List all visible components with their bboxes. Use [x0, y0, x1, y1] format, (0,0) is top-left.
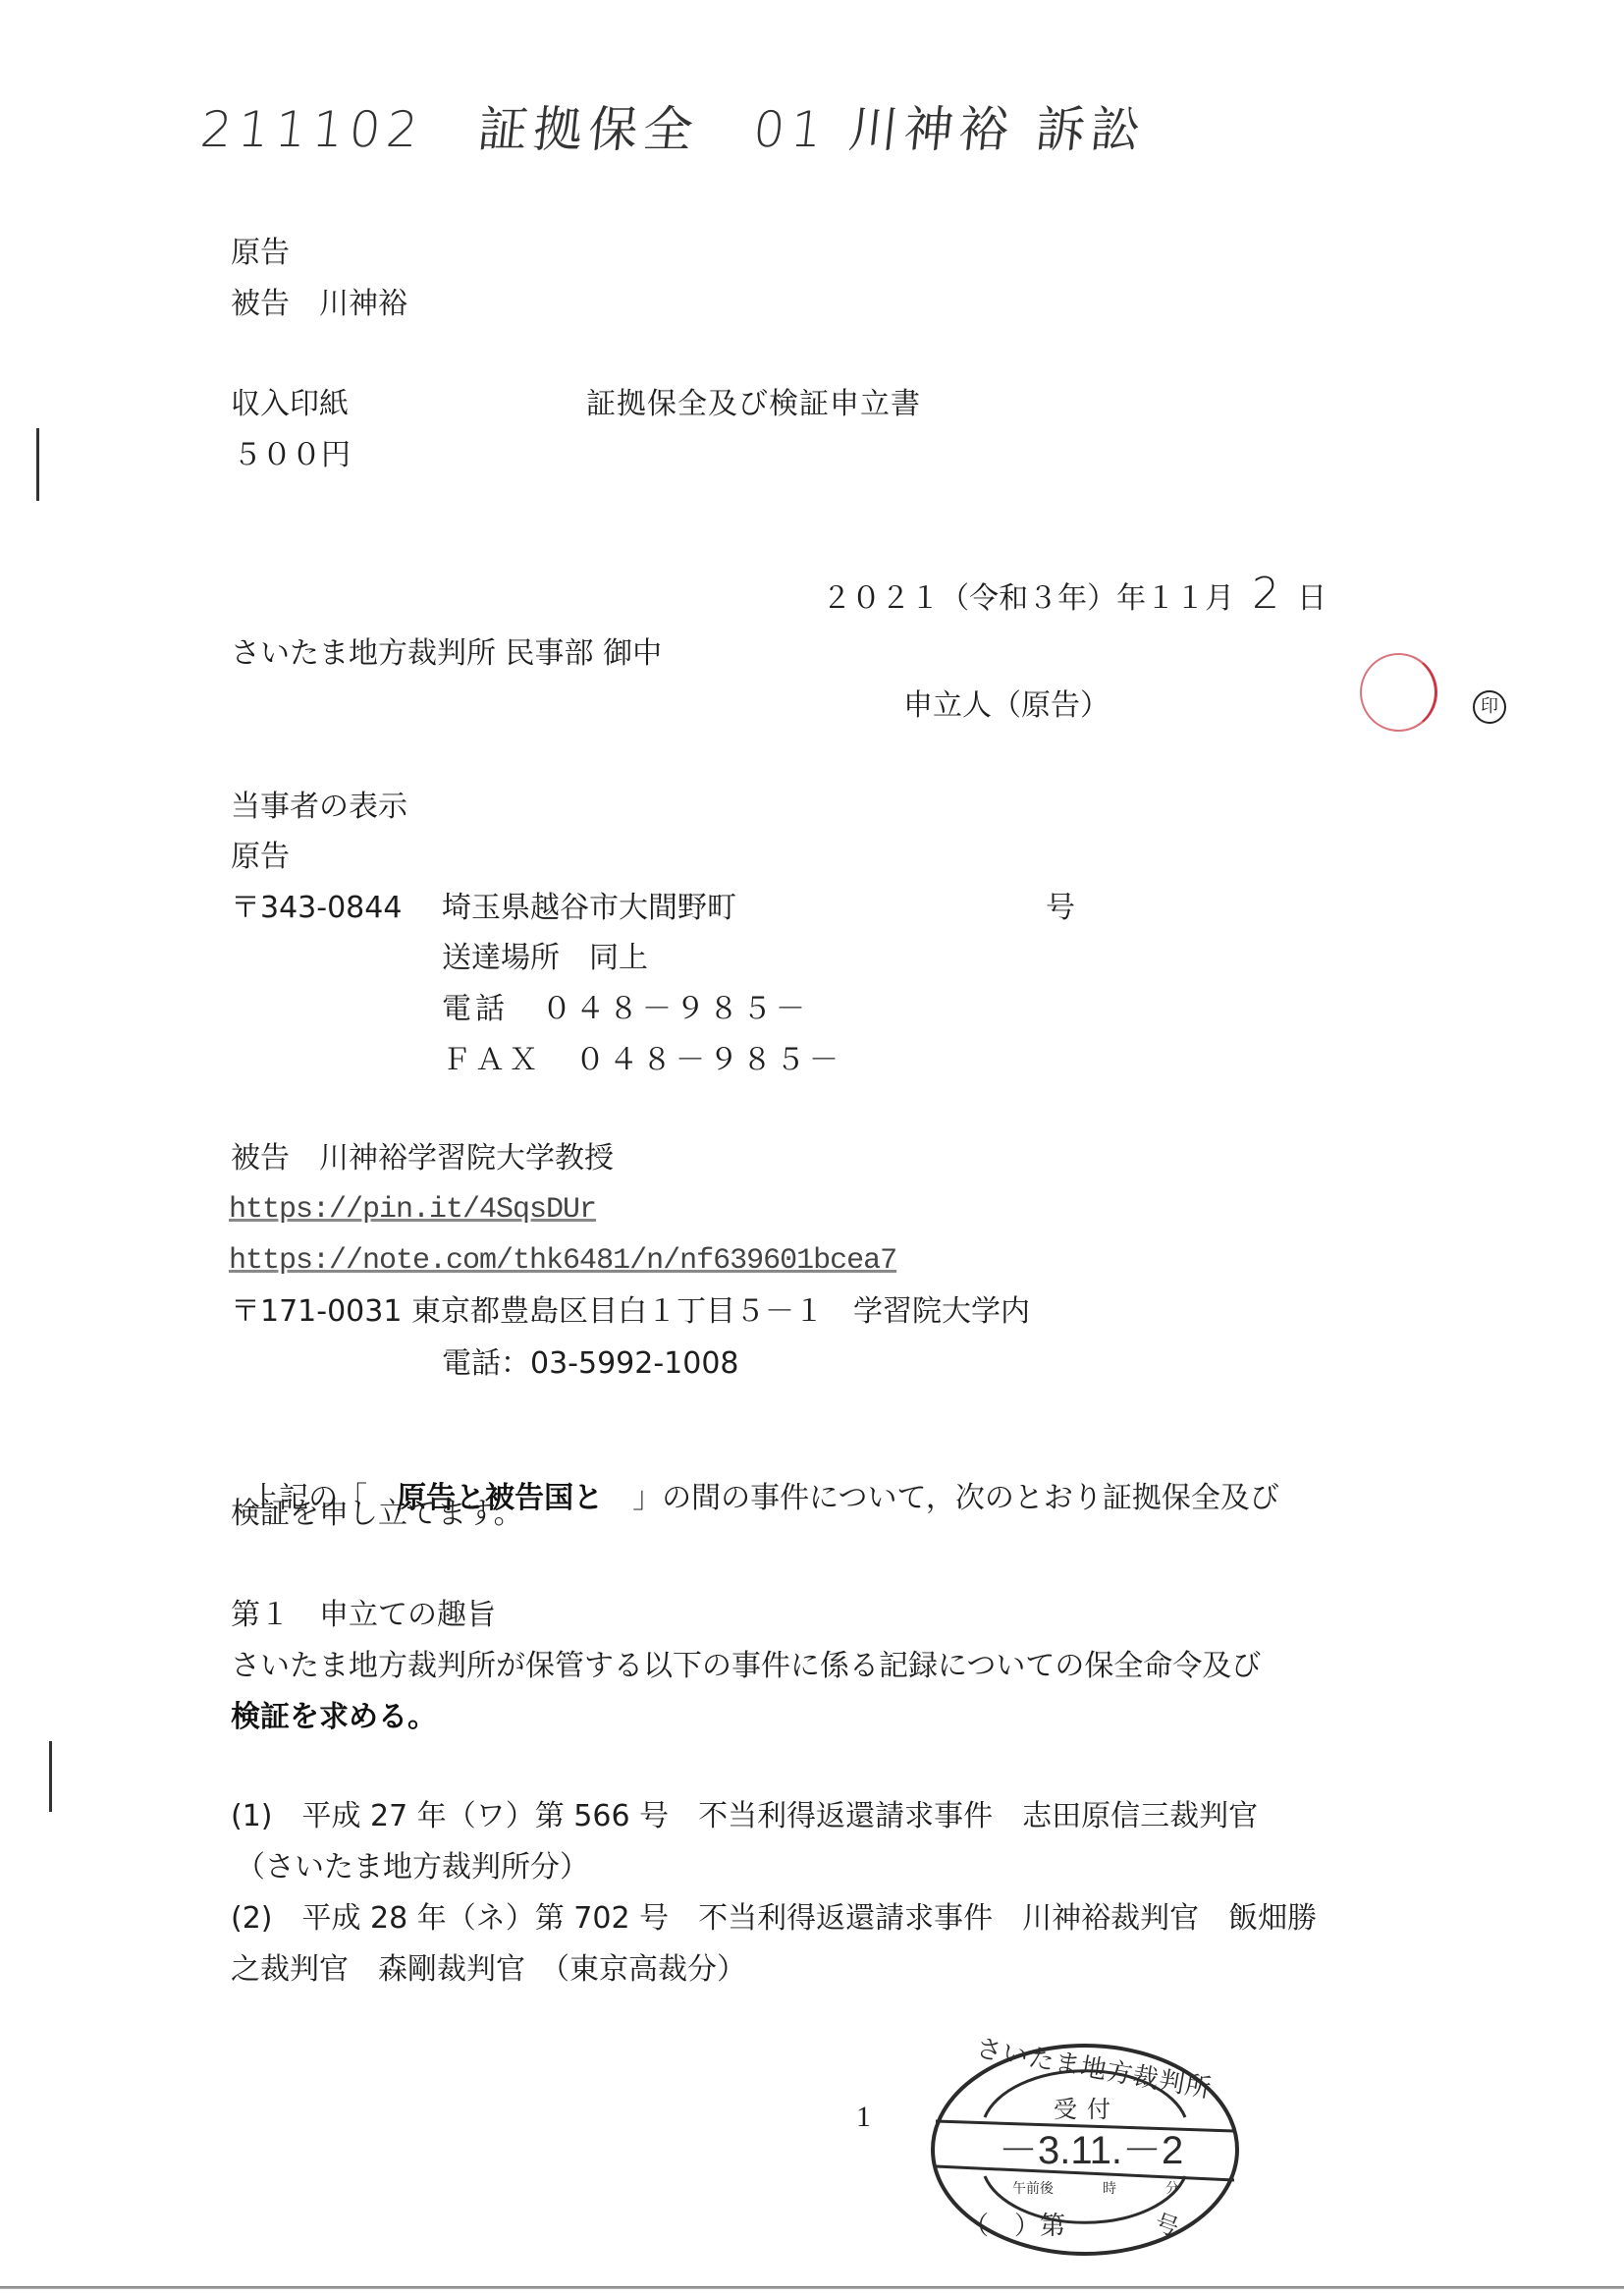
plaintiff-address-suffix: 号: [1046, 891, 1075, 926]
plaintiff-label: 原告: [231, 840, 290, 875]
filing-date-day-handwritten: 2: [1234, 569, 1297, 619]
plaintiff-postal: 〒343-0844: [231, 891, 402, 926]
inkan-seal-icon: 印: [1473, 690, 1506, 724]
stamp-ampm-label: 午前後: [1012, 2178, 1054, 2198]
scan-bottom-edge: [0, 2286, 1624, 2289]
stamp-received-label: 受付: [1054, 2090, 1120, 2124]
defendant-address: 〒171-0031 東京都豊島区目白１丁目５－１ 学習院大学内: [231, 1294, 1030, 1330]
stamp-fee-label: 収入印紙: [231, 387, 349, 422]
page-number: 1: [856, 2100, 871, 2135]
plaintiff-fax: ＦＡＸ ０４８－９８５－: [442, 1043, 842, 1078]
parties-heading: 当事者の表示: [231, 790, 407, 825]
defendant-line: 被告 川神裕学習院大学教授: [231, 1141, 614, 1176]
defendant-link-note[interactable]: https://note.com/thk6481/n/nf639601bcea7: [229, 1243, 896, 1279]
court-receipt-stamp: さいたま地方裁判所 受付 －3.11.－2 午前後 時 分 （ ）第 号: [928, 2041, 1242, 2259]
intro-post: 」の間の事件について，次のとおり証拠保全及び: [603, 1481, 1279, 1515]
section1-heading: 第１ 申立ての趣旨: [231, 1598, 496, 1633]
caption-defendant: 被告 川神裕: [231, 287, 407, 322]
defendant-phone: 電話：03-5992-1008: [442, 1346, 739, 1382]
section1-body-line-1: さいたま地方裁判所が保管する以下の事件に係る記録についての保全命令及び: [231, 1649, 1261, 1684]
stamp-time-labels: 午前後 時 分: [1012, 2178, 1179, 2198]
plaintiff-address: 埼玉県越谷市大間野町: [442, 891, 736, 926]
stamp-fee-amount: ５００円: [233, 438, 351, 473]
case-2-line-2: 之裁判官 森剛裁判官 （東京高裁分）: [231, 1952, 746, 1988]
margin-mark-bottom: [49, 1741, 52, 1812]
stamp-number-label: （ ）第: [963, 2206, 1065, 2242]
addressee-court: さいたま地方裁判所 民事部 御中: [231, 636, 662, 672]
applicant-label: 申立人（原告）: [903, 688, 1110, 724]
margin-mark-top: [36, 428, 39, 501]
filing-date: ２０２１（令和３年）年１１月2日: [803, 541, 1326, 617]
stamp-minute-label: 分: [1165, 2178, 1179, 2198]
filing-date-printed: ２０２１（令和３年）年１１月: [822, 581, 1234, 616]
plaintiff-service-place: 送達場所 同上: [442, 941, 648, 976]
defendant-link-pinterest[interactable]: https://pin.it/4SqsDUr: [229, 1192, 596, 1228]
red-seal-icon: [1360, 653, 1437, 732]
caption-plaintiff: 原告: [231, 236, 290, 271]
case-1-line-1: (1) 平成 27 年（ワ）第 566 号 不当利得返還請求事件 志田原信三裁判…: [231, 1799, 1258, 1834]
section1-body-line-2: 検証を求める。: [231, 1700, 437, 1735]
case-1-line-2: （さいたま地方裁判所分）: [236, 1850, 589, 1886]
stamp-hour-label: 時: [1103, 2178, 1116, 2198]
handwritten-header: 211102 証拠保全 01 川神裕 訴訟: [197, 90, 1150, 161]
case-2-line-1: (2) 平成 28 年（ネ）第 702 号 不当利得返還請求事件 川神裕裁判官 …: [231, 1901, 1317, 1937]
plaintiff-phone: 電話 ０４８－９８５－: [442, 992, 809, 1027]
document-title: 証拠保全及び検証申立書: [586, 387, 921, 422]
intro-line-2: 検証を申し立てます。: [231, 1497, 523, 1532]
filing-date-suffix: 日: [1297, 581, 1326, 616]
stamp-date: －3.11.－2: [999, 2129, 1183, 2172]
